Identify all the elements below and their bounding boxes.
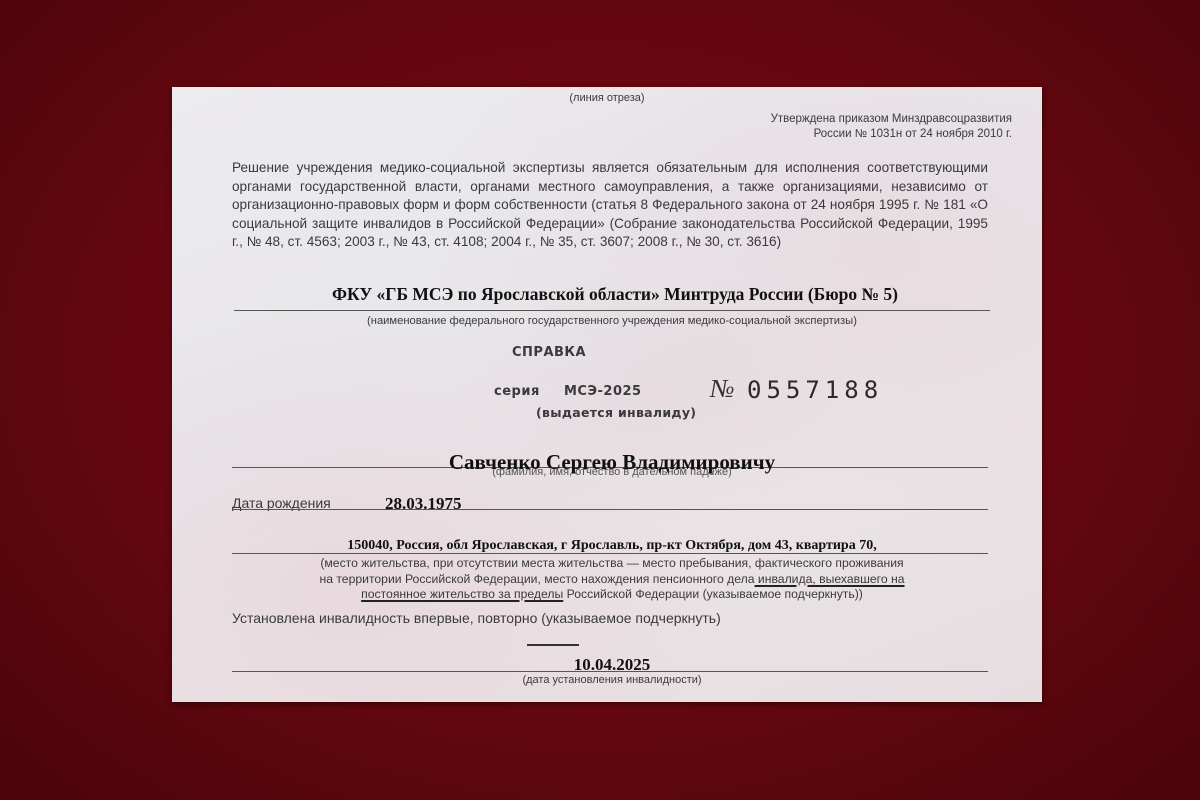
birth-date-underline	[232, 509, 988, 510]
address-caption-line-2-plain: на территории Российской Федерации, мест…	[319, 572, 754, 586]
approval-note: Утверждена приказом Минздравсоцразвития …	[771, 112, 1012, 142]
organization-caption: (наименование федерального государственн…	[234, 315, 990, 327]
issued-to-note: (выдается инвалиду)	[536, 405, 696, 420]
address-value: 150040, Россия, обл Ярославская, г Яросл…	[234, 538, 990, 554]
address-caption-underlined-option-cont: постоянное жительство за пределы	[361, 587, 563, 601]
document-title: СПРАВКА	[512, 345, 586, 360]
disability-certificate-sheet: (линия отреза) Утверждена приказом Минзд…	[172, 87, 1042, 702]
organization-name: ФКУ «ГБ МСЭ по Ярославской области» Минт…	[242, 284, 988, 305]
address-caption-line-3: постоянное жительство за пределы Российс…	[234, 587, 990, 603]
approval-note-line-2: России № 1031н от 24 ноября 2010 г.	[771, 127, 1012, 142]
series-value: МСЭ-2025	[564, 384, 642, 399]
established-date-value: 10.04.2025	[234, 655, 990, 675]
address-caption-line-2: на территории Российской Федерации, мест…	[234, 572, 990, 588]
address-caption-line-1: (место жительства, при отсутствии места …	[234, 556, 990, 572]
certificate-number: 0557188	[747, 376, 883, 404]
birth-date-value: 28.03.1975	[385, 494, 462, 514]
legal-notice: Решение учреждения медико-социальной экс…	[232, 159, 988, 252]
address-underline	[232, 553, 988, 554]
disability-established-line: Установлена инвалидность впервые, повтор…	[232, 610, 721, 626]
address-caption: (место жительства, при отсутствии места …	[234, 556, 990, 603]
blank-dash	[527, 644, 579, 646]
cut-line-label: (линия отреза)	[172, 92, 1042, 104]
approval-note-line-1: Утверждена приказом Минздравсоцразвития	[771, 112, 1012, 127]
series-label: серия	[494, 384, 540, 399]
address-caption-underlined-option: инвалида, выехавшего на	[755, 572, 905, 586]
address-caption-line-3-plain: Российской Федерации (указываемое подчер…	[563, 587, 863, 601]
number-sign: №	[710, 374, 735, 404]
recipient-name: Савченко Сергею Владимировичу	[234, 450, 990, 475]
established-date-caption: (дата установления инвалидности)	[234, 674, 990, 686]
organization-underline	[234, 310, 990, 311]
